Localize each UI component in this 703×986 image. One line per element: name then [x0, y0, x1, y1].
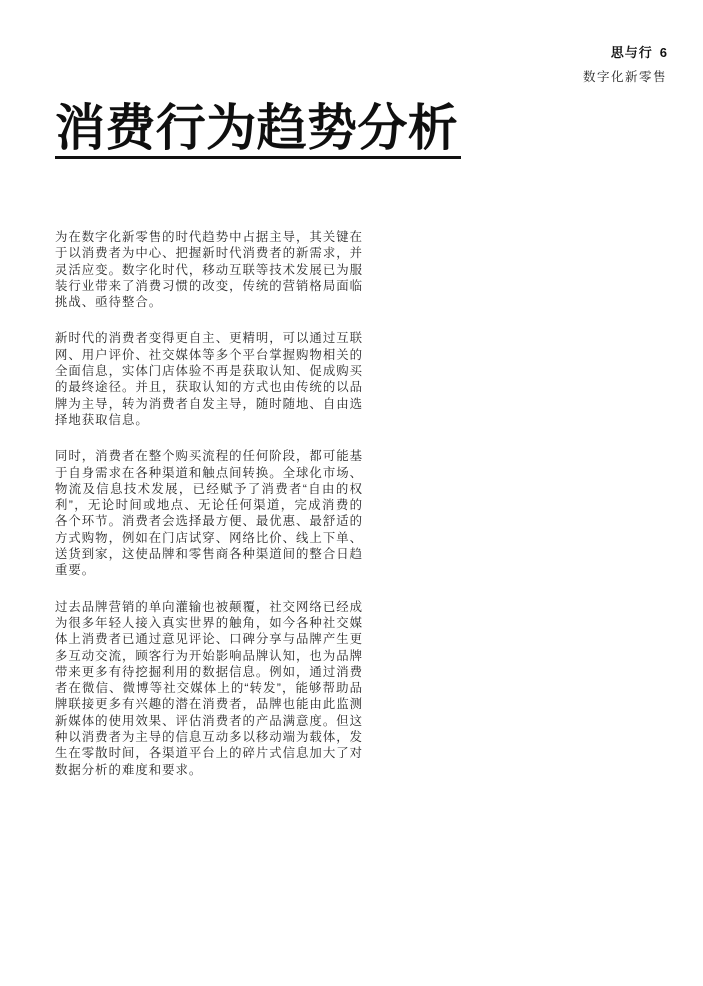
journal-header-line: 思与行6 [583, 42, 667, 61]
journal-title: 思与行 [611, 45, 653, 60]
paragraph: 同时，消费者在整个购买流程的任何阶段，都可能基于自身需求在各种渠道和触点间转换。… [55, 448, 363, 578]
paragraph: 新时代的消费者变得更自主、更精明，可以通过互联网、用户评价、社交媒体等多个平台掌… [55, 330, 363, 428]
section-subtitle: 数字化新零售 [583, 67, 667, 85]
page-header: 思与行6 数字化新零售 [583, 42, 667, 85]
article-body: 为在数字化新零售的时代趋势中占据主导，其关键在于以消费者为中心、把握新时代消费者… [55, 229, 363, 778]
document-page: 思与行6 数字化新零售 消费行为趋势分析 为在数字化新零售的时代趋势中占据主导，… [0, 0, 703, 986]
paragraph: 为在数字化新零售的时代趋势中占据主导，其关键在于以消费者为中心、把握新时代消费者… [55, 229, 363, 310]
paragraph: 过去品牌营销的单向灌输也被颠覆，社交网络已经成为很多年轻人接入真实世界的触角，如… [55, 599, 363, 778]
page-number: 6 [660, 45, 667, 60]
page-title: 消费行为趋势分析 [55, 101, 461, 159]
